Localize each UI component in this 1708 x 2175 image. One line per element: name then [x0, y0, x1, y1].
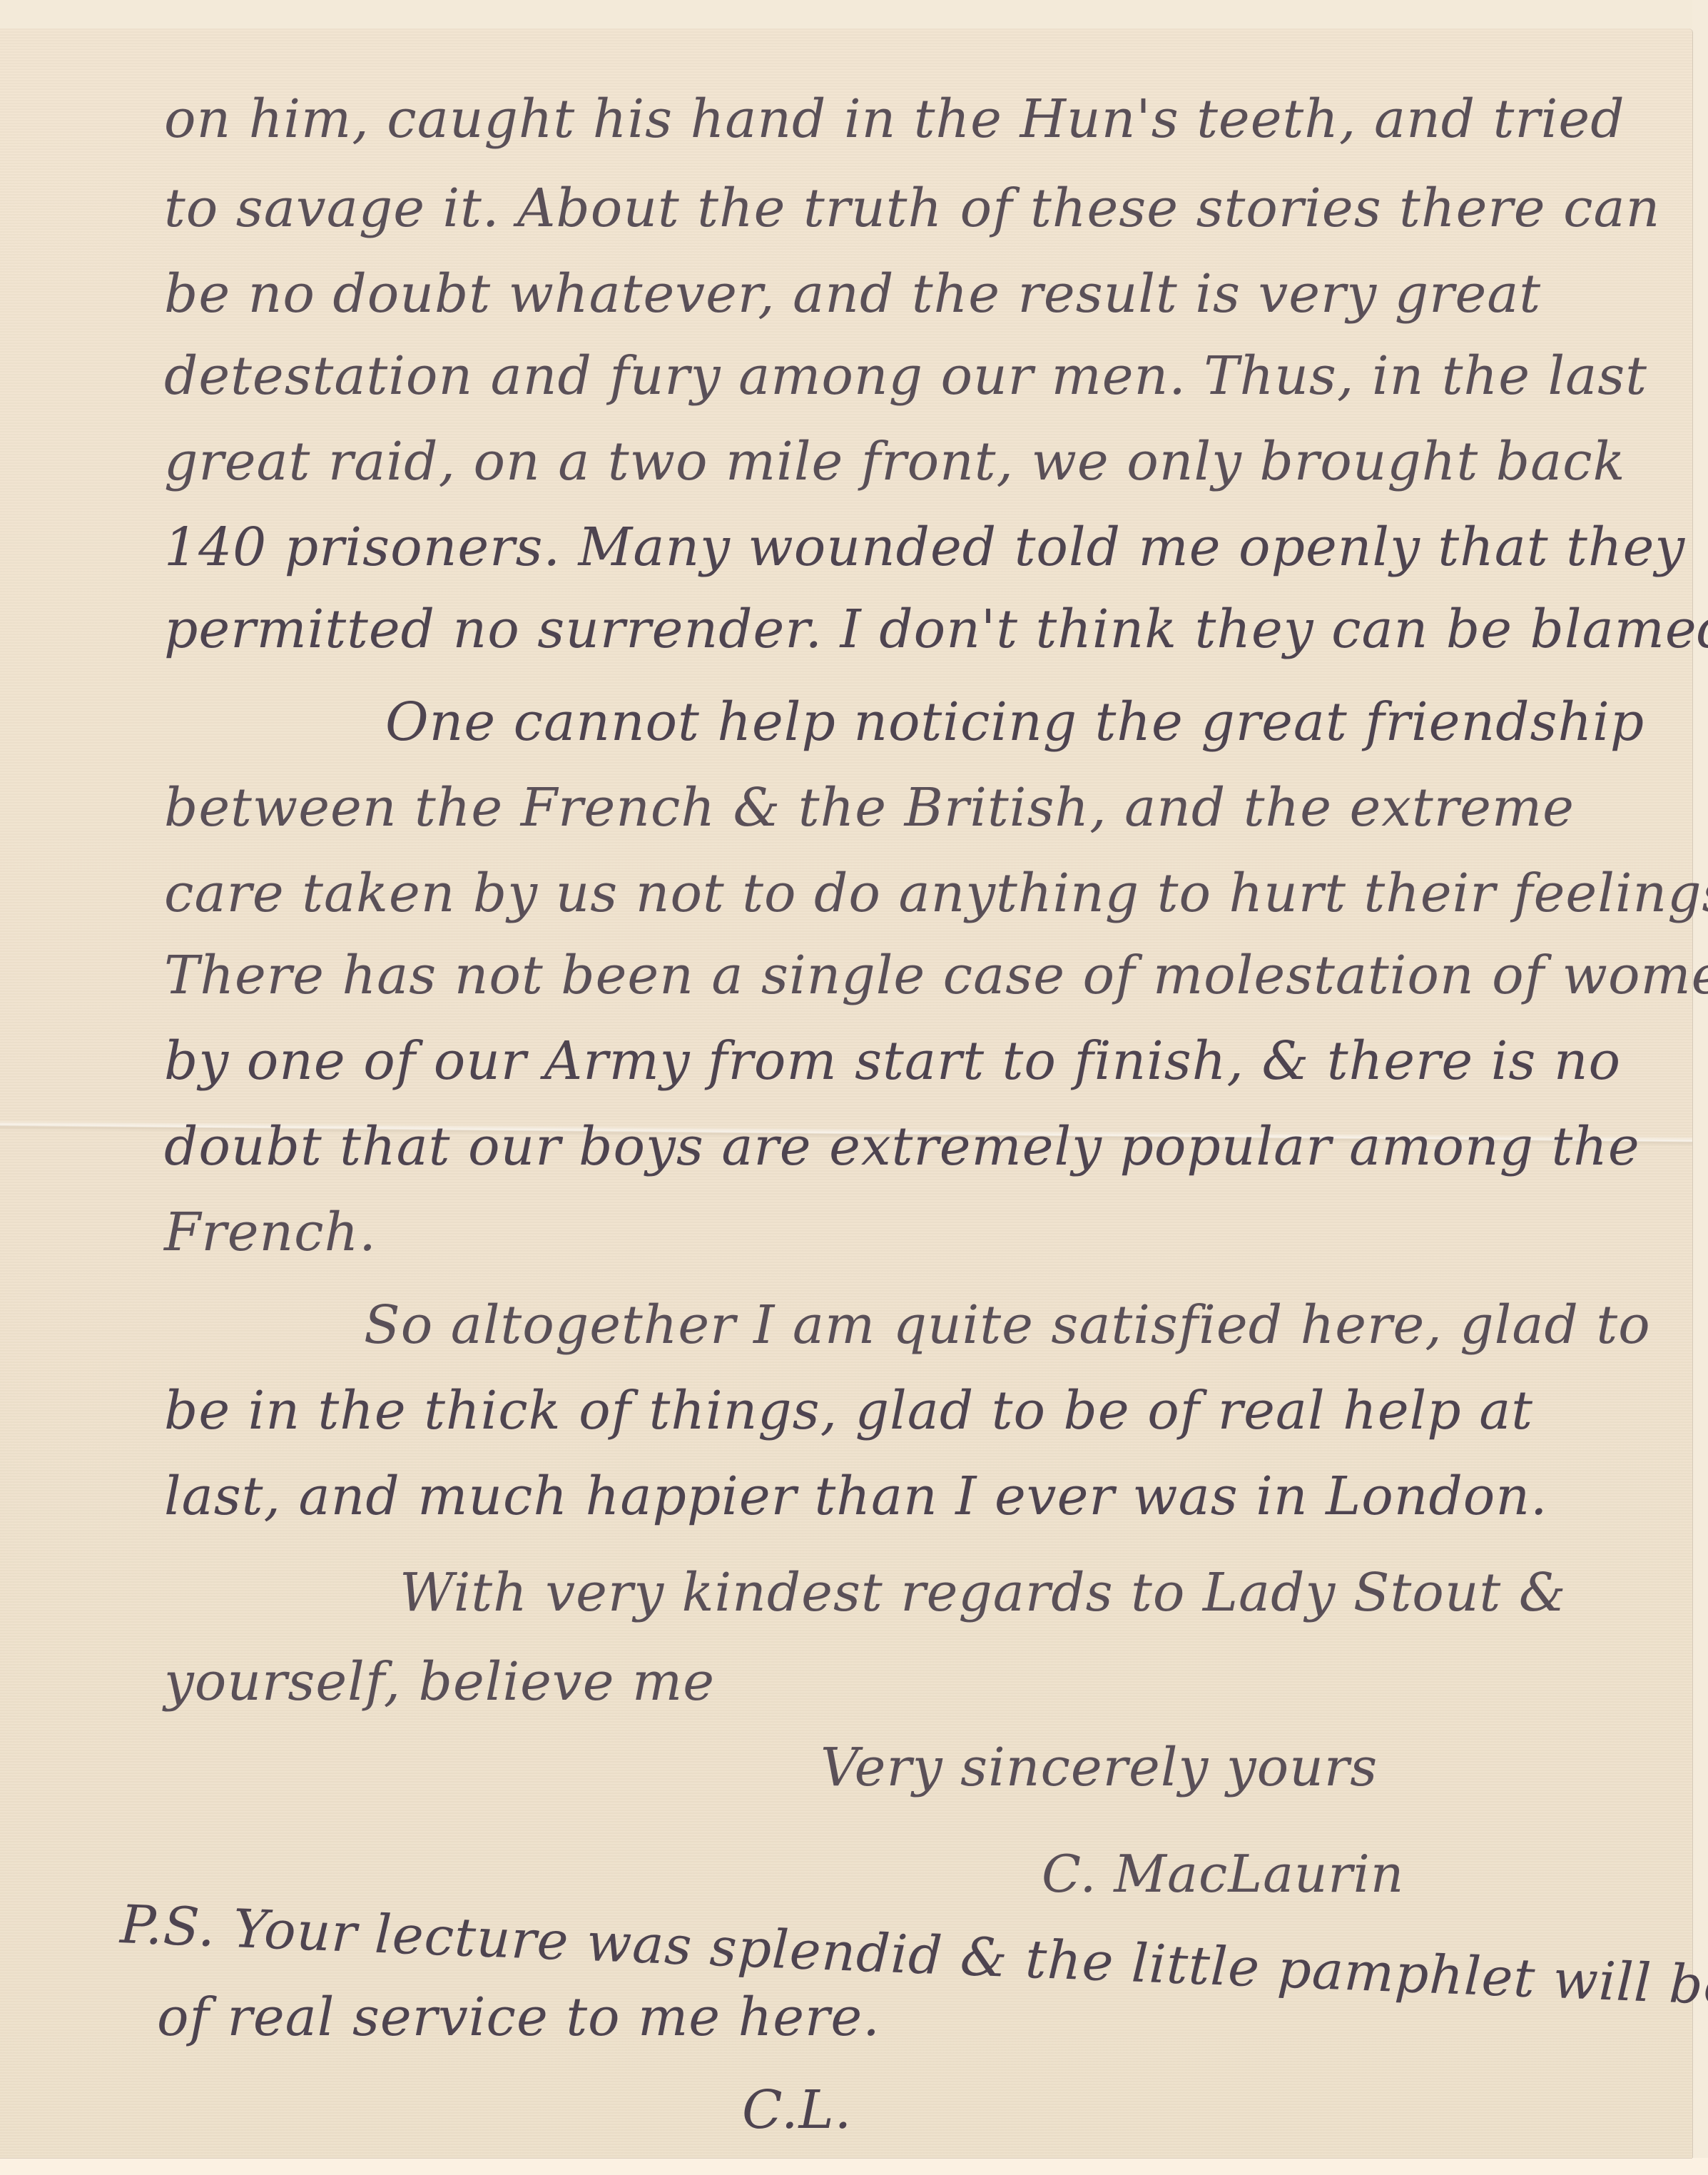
mount-border-top — [0, 0, 1708, 29]
body-line: on him, caught his hand in the Hun's tee… — [164, 93, 1625, 146]
mount-border-bottom — [0, 2158, 1708, 2175]
body-line: French. — [164, 1206, 377, 1259]
body-line: by one of our Army from start to finish,… — [164, 1035, 1621, 1087]
closing-salutation: Very sincerely yours — [820, 1741, 1378, 1794]
body-line: between the French & the British, and th… — [164, 781, 1575, 834]
body-line: doubt that our boys are extremely popula… — [164, 1120, 1640, 1173]
body-line: care taken by us not to do anything to h… — [164, 867, 1708, 920]
body-line: to savage it. About the truth of these s… — [164, 182, 1660, 235]
body-line: be in the thick of things, glad to be of… — [164, 1384, 1533, 1437]
body-line: great raid, on a two mile front, we only… — [164, 435, 1625, 488]
body-line: detestation and fury among our men. Thus… — [164, 350, 1647, 402]
body-line: There has not been a single case of mole… — [164, 949, 1708, 1002]
body-line: last, and much happier than I ever was i… — [164, 1470, 1548, 1523]
body-line: 140 prisoners. Many wounded told me open… — [164, 521, 1685, 574]
body-line: be no doubt whatever, and the result is … — [164, 268, 1541, 320]
body-line: permitted no surrender. I don't think th… — [164, 603, 1708, 656]
initials: C.L. — [742, 2084, 852, 2136]
signature: C. MacLaurin — [1042, 1848, 1404, 1900]
paragraph-start-line: One cannot help noticing the great frien… — [385, 696, 1645, 749]
postscript-line: of real service to me here. — [157, 1991, 880, 2044]
paragraph-start-line: So altogether I am quite satisfied here,… — [364, 1299, 1651, 1352]
paragraph-start-line: With very kindest regards to Lady Stout … — [400, 1566, 1567, 1619]
body-line: yourself, believe me — [164, 1656, 715, 1708]
mount-border-right — [1692, 0, 1708, 2175]
